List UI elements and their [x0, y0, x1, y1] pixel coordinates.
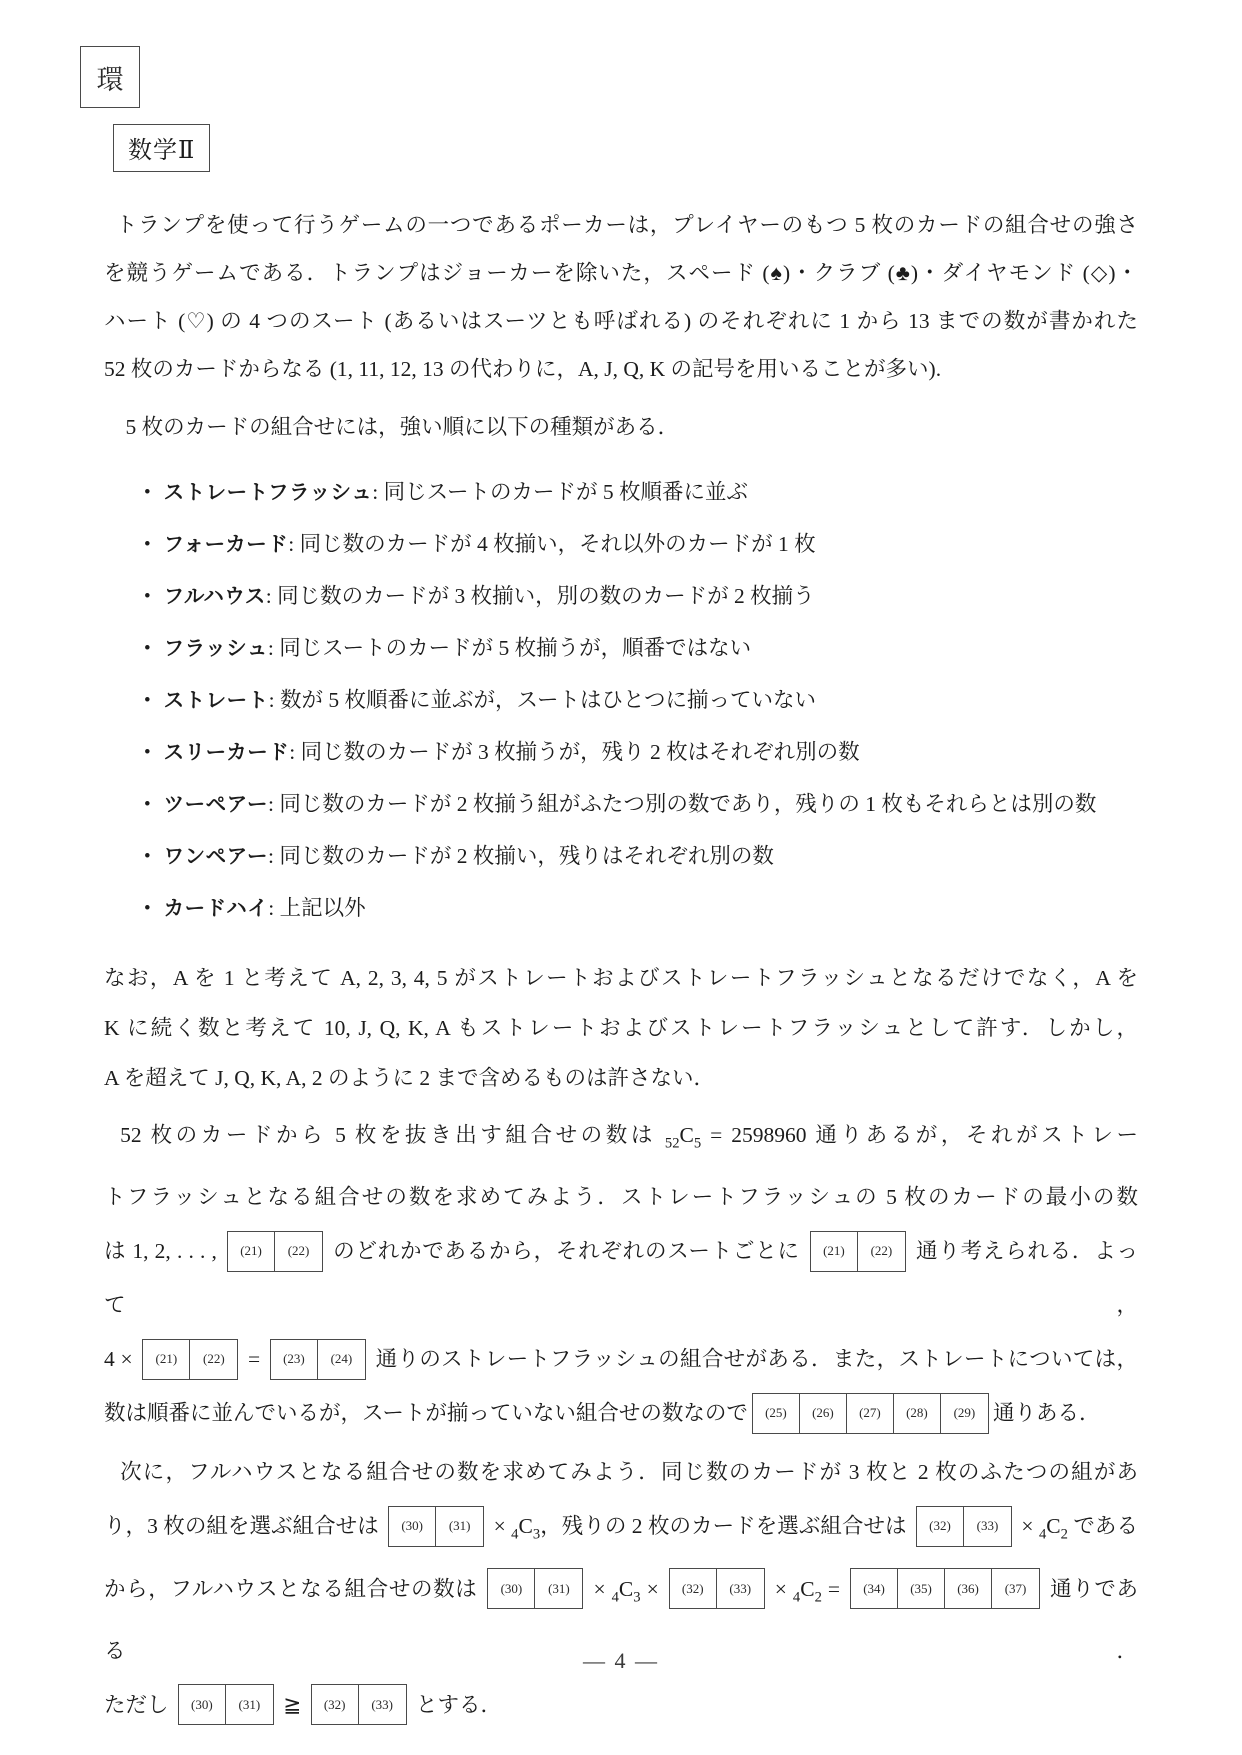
text-run: ，残りの 2 枚のカードを選ぶ組合せは — [540, 1514, 912, 1538]
text-run: とする． — [411, 1693, 502, 1717]
answer-box-group: (21)(22) — [810, 1231, 906, 1272]
text-line: り，3 枚の組を選ぶ組合せは (30)(31) × 4C3，残りの 2 枚のカー… — [104, 1499, 1138, 1561]
answer-box-group: (25)(26)(27)(28)(29) — [752, 1393, 989, 1434]
text-line: 数は順番に並んでいるが，スートが揃っていない組合せの数なので(25)(26)(2… — [104, 1386, 1138, 1440]
hand-description: 同じ数のカードが 3 枚揃い，別の数のカードが 2 枚揃う — [277, 584, 815, 608]
hand-term: フラッシュ — [164, 637, 268, 660]
hand-separator: : — [268, 636, 279, 660]
text-run: である — [1068, 1514, 1138, 1538]
combination-notation: 4C2 — [1039, 1514, 1068, 1538]
text-run: は 1, 2, . . . , — [104, 1239, 223, 1263]
hand-description: 同じスートのカードが 5 枚揃うが，順番ではない — [279, 636, 751, 660]
answer-box: (33) — [964, 1507, 1011, 1546]
hand-term: スリーカード — [164, 741, 290, 764]
bullet-icon: • — [144, 898, 151, 919]
text-run: ≧ — [278, 1693, 307, 1717]
hand-separator: : — [269, 688, 280, 712]
text-run: = 2598960 通りあるが，それがストレー — [701, 1123, 1138, 1147]
bullet-icon: • — [144, 586, 151, 607]
text-line: 次に，フルハウスとなる組合せの数を求めてみよう．同じ数のカードが 3 枚と 2 … — [104, 1445, 1138, 1499]
text-run: のどれかであるから，それぞれのスートごとに — [327, 1239, 806, 1263]
answer-box: (27) — [847, 1394, 894, 1433]
answer-box: (29) — [941, 1394, 988, 1433]
text-run: から，フルハウスとなる組合せの数は — [104, 1577, 483, 1601]
hand-type-item: •フォーカード: 同じ数のカードが 4 枚揃い，それ以外のカードが 1 枚 — [144, 519, 1138, 571]
hand-term: ワンペアー — [164, 845, 268, 868]
page-number: — 4 — — [0, 1648, 1242, 1674]
answer-box: (21) — [143, 1340, 190, 1379]
answer-box: (32) — [917, 1507, 964, 1546]
bullet-icon: • — [144, 794, 151, 815]
text-run: = — [242, 1347, 266, 1371]
hand-list-lead-sentence: 5 枚のカードの組合せには，強い順に以下の種類がある． — [104, 403, 1138, 451]
text-line: ハート (♡) の 4 つのスート (あるいはスーツとも呼ばれる) のそれぞれに… — [104, 297, 1138, 345]
hand-description: 上記以外 — [280, 896, 366, 920]
hand-type-item: •スリーカード: 同じ数のカードが 3 枚揃うが，残り 2 枚はそれぞれ別の数 — [144, 727, 1138, 779]
text-run: = — [822, 1577, 846, 1601]
text-run: 次に，フルハウスとなる組合せの数を求めてみよう．同じ数のカードが 3 枚と 2 … — [120, 1460, 1138, 1484]
answer-box: (32) — [670, 1569, 717, 1608]
answer-box: (22) — [190, 1340, 237, 1379]
text-run: トフラッシュとなる組合せの数を求めてみよう．ストレートフラッシュの 5 枚のカー… — [104, 1185, 1138, 1209]
text-line: は 1, 2, . . . , (21)(22) のどれかであるから，それぞれの… — [104, 1224, 1138, 1332]
answer-box-group: (34)(35)(36)(37) — [850, 1568, 1040, 1609]
text-run: り，3 枚の組を選ぶ組合せは — [104, 1514, 384, 1538]
text-run: ただし — [104, 1693, 174, 1717]
answer-box-group: (23)(24) — [270, 1339, 366, 1380]
text-line: K に続く数と考えて 10, J, Q, K, A もストレートおよびストレート… — [104, 1003, 1138, 1053]
hand-type-item: •ツーペアー: 同じ数のカードが 2 枚揃う組がふたつ別の数であり，残りの 1 … — [144, 779, 1138, 831]
answer-box: (21) — [811, 1232, 858, 1271]
answer-box: (31) — [535, 1569, 582, 1608]
hand-term: ストレート — [164, 689, 269, 712]
hand-separator: : — [268, 844, 279, 868]
hand-description: 同じ数のカードが 2 枚揃う組がふたつ別の数であり，残りの 1 枚もそれらとは別… — [279, 792, 1096, 816]
combination-notation: 4C3 — [511, 1514, 540, 1538]
exam-page: { "page": { "stamp": "環", "title": "数学Ⅱ"… — [0, 0, 1242, 1755]
text-line: 52 枚のカードから 5 枚を抜き出す組合せの数は 52C5 = 2598960… — [104, 1108, 1138, 1170]
text-run: × — [587, 1577, 611, 1601]
text-line: トフラッシュとなる組合せの数を求めてみよう．ストレートフラッシュの 5 枚のカー… — [104, 1170, 1138, 1224]
answer-box: (33) — [359, 1685, 406, 1724]
combination-notation: 52C5 — [665, 1123, 701, 1147]
hand-term: フォーカード — [164, 533, 289, 556]
bullet-icon: • — [144, 534, 151, 555]
answer-box: (28) — [894, 1394, 941, 1433]
hand-separator: : — [268, 896, 279, 920]
text-line: なお，A を 1 と考えて A, 2, 3, 4, 5 がストレートおよびストレ… — [104, 953, 1138, 1003]
bullet-icon: • — [144, 742, 151, 763]
answer-box-group: (32)(33) — [311, 1684, 407, 1725]
full-house-count-paragraph: 次に，フルハウスとなる組合せの数を求めてみよう．同じ数のカードが 3 枚と 2 … — [104, 1445, 1138, 1732]
answer-box-group: (30)(31) — [388, 1506, 484, 1547]
answer-box: (36) — [945, 1569, 992, 1608]
hand-separator: : — [268, 792, 279, 816]
text-run: × — [488, 1514, 511, 1538]
answer-box: (33) — [717, 1569, 764, 1608]
hand-type-item: •ストレート: 数が 5 枚順番に並ぶが，スートはひとつに揃っていない — [144, 675, 1138, 727]
hand-term: カードハイ — [164, 897, 269, 920]
answer-box: (32) — [312, 1685, 359, 1724]
hand-type-item: •カードハイ: 上記以外 — [144, 883, 1138, 935]
text-line: A を超えて J, Q, K, A, 2 のように 2 まで含めるものは許さない… — [104, 1053, 1138, 1103]
answer-box: (24) — [318, 1340, 365, 1379]
answer-box: (35) — [898, 1569, 945, 1608]
hand-type-item: •フルハウス: 同じ数のカードが 3 枚揃い，別の数のカードが 2 枚揃う — [144, 571, 1138, 623]
answer-box-group: (21)(22) — [227, 1231, 323, 1272]
hand-description: 同じ数のカードが 4 枚揃い，それ以外のカードが 1 枚 — [300, 532, 816, 556]
answer-box-group: (30)(31) — [178, 1684, 274, 1725]
text-line: ただし (30)(31) ≧ (32)(33) とする． — [104, 1678, 1138, 1732]
answer-box: (30) — [488, 1569, 535, 1608]
hand-separator: : — [266, 584, 277, 608]
text-line: トランプを使って行うゲームの一つであるポーカーは，プレイヤーのもつ 5 枚のカー… — [104, 201, 1138, 249]
text-run: 通りある． — [993, 1401, 1101, 1425]
text-line: を競うゲームである．トランプはジョーカーを除いた，スペード (♠)・クラブ (♣… — [104, 249, 1138, 297]
answer-box-group: (32)(33) — [916, 1506, 1012, 1547]
hand-description: 同じスートのカードが 5 枚順番に並ぶ — [384, 480, 748, 504]
text-line: 52 枚のカードからなる (1, 11, 12, 13 の代わりに，A, J, … — [104, 345, 1138, 393]
answer-box: (37) — [992, 1569, 1039, 1608]
ace-rule-paragraph: なお，A を 1 と考えて A, 2, 3, 4, 5 がストレートおよびストレ… — [104, 953, 1138, 1103]
hand-term: ツーペアー — [164, 793, 268, 816]
hand-separator: : — [289, 740, 300, 764]
text-run: × — [769, 1577, 793, 1601]
intro-paragraph: トランプを使って行うゲームの一つであるポーカーは，プレイヤーのもつ 5 枚のカー… — [104, 201, 1138, 393]
hand-separator: : — [372, 480, 383, 504]
bullet-icon: • — [144, 846, 151, 867]
hand-term: フルハウス — [164, 585, 266, 608]
hand-description: 同じ数のカードが 3 枚揃うが，残り 2 枚はそれぞれ別の数 — [301, 740, 860, 764]
text-run: 52 枚のカードから 5 枚を抜き出す組合せの数は — [120, 1123, 665, 1147]
combination-notation: 4C3 — [612, 1577, 641, 1601]
answer-box: (31) — [436, 1507, 483, 1546]
hand-term: ストレートフラッシュ — [164, 481, 373, 504]
text-run: 4 × — [104, 1347, 138, 1371]
answer-box: (34) — [851, 1569, 898, 1608]
text-line: 4 × (21)(22) = (23)(24) 通りのストレートフラッシュの組合… — [104, 1332, 1138, 1386]
hand-ranking-list: •ストレートフラッシュ: 同じスートのカードが 5 枚順番に並ぶ•フォーカード:… — [104, 467, 1138, 935]
answer-box: (23) — [271, 1340, 318, 1379]
bullet-icon: • — [144, 690, 151, 711]
answer-box-group: (32)(33) — [669, 1568, 765, 1609]
text-run: 通りのストレートフラッシュの組合せがある．また，ストレートについては， — [370, 1347, 1138, 1371]
document-body: トランプを使って行うゲームの一つであるポーカーは，プレイヤーのもつ 5 枚のカー… — [0, 0, 1242, 1732]
answer-box: (30) — [389, 1507, 436, 1546]
hand-type-item: •フラッシュ: 同じスートのカードが 5 枚揃うが，順番ではない — [144, 623, 1138, 675]
answer-box-group: (21)(22) — [142, 1339, 238, 1380]
hand-type-item: •ワンペアー: 同じ数のカードが 2 枚揃い，残りはそれぞれ別の数 — [144, 831, 1138, 883]
hand-description: 同じ数のカードが 2 枚揃い，残りはそれぞれ別の数 — [279, 844, 774, 868]
straight-flush-count-paragraph: 52 枚のカードから 5 枚を抜き出す組合せの数は 52C5 = 2598960… — [104, 1108, 1138, 1440]
hand-separator: : — [288, 532, 299, 556]
answer-box: (30) — [179, 1685, 226, 1724]
text-run: × — [1016, 1514, 1039, 1538]
answer-box: (25) — [753, 1394, 800, 1433]
text-run: 数は順番に並んでいるが，スートが揃っていない組合せの数なので — [104, 1401, 748, 1425]
answer-box: (31) — [226, 1685, 273, 1724]
answer-box: (26) — [800, 1394, 847, 1433]
answer-box-group: (30)(31) — [487, 1568, 583, 1609]
hand-type-item: •ストレートフラッシュ: 同じスートのカードが 5 枚順番に並ぶ — [144, 467, 1138, 519]
answer-box: (21) — [228, 1232, 275, 1271]
answer-box: (22) — [858, 1232, 905, 1271]
bullet-icon: • — [144, 638, 151, 659]
bullet-icon: • — [144, 482, 151, 503]
combination-notation: 4C2 — [793, 1577, 822, 1601]
text-run: × — [641, 1577, 665, 1601]
hand-description: 数が 5 枚順番に並ぶが，スートはひとつに揃っていない — [280, 688, 816, 712]
answer-box: (22) — [275, 1232, 322, 1271]
